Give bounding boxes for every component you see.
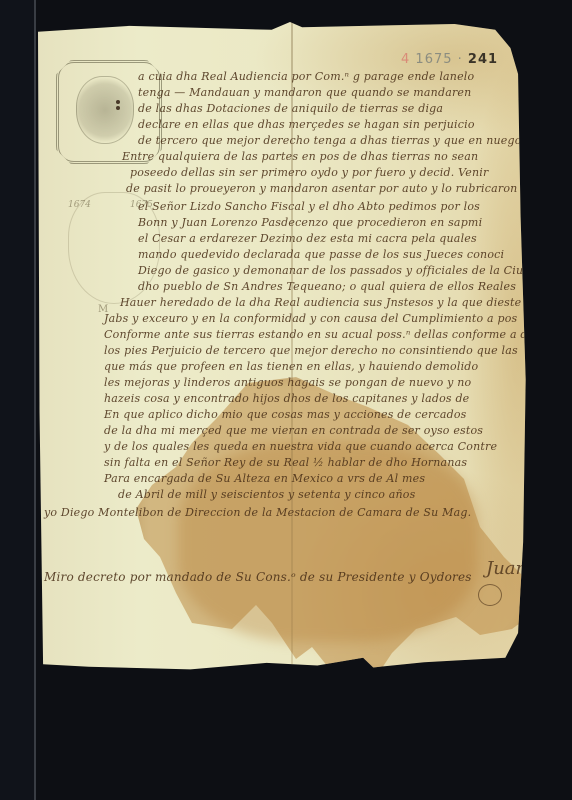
text-line: En que aplico dicho mio que cosas mas y …: [104, 408, 467, 421]
ink-dot: [116, 100, 120, 104]
text-line: poseedo dellas sin ser primero oydo y po…: [130, 166, 488, 179]
text-line: sin falta en el Señor Rey de su Real ½ h…: [104, 456, 467, 469]
scanner-ruler-edge: [34, 0, 36, 800]
text-line: de Abril de mill y seiscientos y setenta…: [118, 488, 415, 501]
text-line: Para encargada de Su Alteza en Mexico a …: [104, 472, 425, 485]
folio-mark-red: 4: [401, 52, 410, 67]
text-line: el Señor Lizdo Sancho Fiscal y el dho Ab…: [138, 200, 480, 213]
text-line: Conforme ante sus tierras estando en su …: [104, 328, 567, 341]
text-line: declare en ellas que dhas merçedes se ha…: [138, 118, 475, 131]
signature: Juan: [486, 558, 527, 579]
rubric-flourish-icon: [478, 584, 502, 606]
text-line: dho pueblo de Sn Andres Tequeano; o qual…: [138, 280, 516, 293]
stamp-year-left: 1674: [68, 200, 91, 210]
worm-hole: [98, 694, 102, 698]
text-line: a cuia dha Real Audiencia por Com.ⁿ g pa…: [138, 70, 474, 83]
text-line: Diego de gasico y demonanar de los passa…: [138, 264, 562, 277]
text-line: de la dha mi merçed que me vieran en con…: [104, 424, 483, 437]
text-line: tenga — Mandauan y mandaron que quando s…: [138, 86, 471, 99]
text-line: Jabs y exceuro y en la conformidad y con…: [104, 312, 517, 325]
decree-line: Miro decreto por mandado de Su Cons.ᵒ de…: [44, 570, 472, 584]
text-line: les mejoras y linderos antiguos hagais s…: [104, 376, 471, 389]
text-line: Hauer heredado de la dha Real audiencia …: [120, 296, 521, 309]
text-line: Entre qualquiera de las partes en pos de…: [122, 150, 478, 163]
scanner-background-left: [0, 0, 36, 800]
folio-number: 4 1675 · 241: [401, 52, 498, 67]
text-line: yo Diego Montelibon de Direccion de la M…: [44, 506, 471, 519]
text-line: los pies Perjuicio de tercero que mejor …: [104, 344, 518, 357]
text-line: de las dhas Dotaciones de aniquilo de ti…: [138, 102, 443, 115]
ink-dot: [116, 106, 120, 110]
manuscript-page: 1674 1675 M 4 1675 · 241 a cuia dha Real…: [38, 22, 546, 672]
text-line: que más que profeen en las tienen en ell…: [104, 360, 478, 373]
folio-mark-ink: 241: [468, 52, 498, 67]
text-line: de pasit lo proueyeron y mandaron asenta…: [126, 182, 517, 195]
text-line: Bonn y Juan Lorenzo Pasdecenzo que proce…: [138, 216, 482, 229]
text-line: y de los quales les queda en nuestra vid…: [104, 440, 497, 453]
text-line: hazeis cosa y encontrado hijos dhos de l…: [104, 392, 469, 405]
text-line: de tercero que mejor derecho tenga a dha…: [138, 134, 522, 147]
text-line: mando quedevido declarada que passe de l…: [138, 248, 504, 261]
text-line: el Cesar a erdarezer Dezimo dez esta mi …: [138, 232, 477, 245]
royal-crest-icon: [76, 76, 134, 144]
folio-mark-pencil: 1675 ·: [415, 52, 462, 67]
